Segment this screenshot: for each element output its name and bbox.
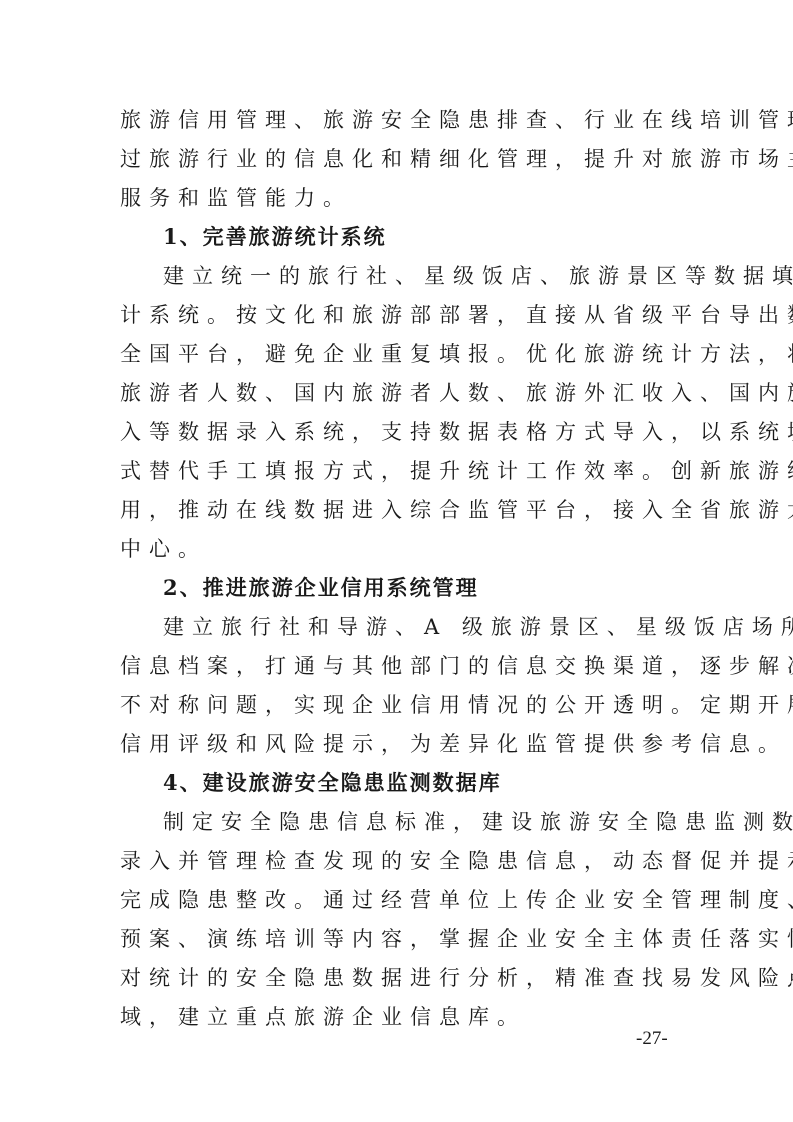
paragraph-line: 旅游信用管理、旅游安全隐患排查、行业在线培训管理。通 <box>120 105 680 135</box>
paragraph-line: 完成隐患整改。通过经营单位上传企业安全管理制度、应急 <box>120 885 680 915</box>
paragraph-line: 建立统一的旅行社、星级饭店、旅游景区等数据填报统 <box>163 261 723 291</box>
paragraph-line: 入等数据录入系统，支持数据表格方式导入，以系统填报方 <box>120 417 680 447</box>
paragraph-line: 旅游者人数、国内旅游者人数、旅游外汇收入、国内旅游收 <box>120 378 680 408</box>
paragraph-line: 用，推动在线数据进入综合监管平台，接入全省旅游大数据 <box>120 495 680 525</box>
paragraph-line: 建立旅行社和导游、A 级旅游景区、星级饭店场所信用 <box>163 612 723 642</box>
paragraph-line: 对统计的安全隐患数据进行分析，精准查找易发风险点和区 <box>120 963 680 993</box>
page-number: -27- <box>636 1026 668 1052</box>
paragraph-line: 制定安全隐患信息标准，建设旅游安全隐患监测数据库， <box>163 807 723 837</box>
section-heading-credit: 2、推进旅游企业信用系统管理 <box>163 573 723 603</box>
document-page: 旅游信用管理、旅游安全隐患排查、行业在线培训管理。通 过旅游行业的信息化和精细化… <box>0 0 793 1122</box>
paragraph-line: 预案、演练培训等内容，掌握企业安全主体责任落实情况。 <box>120 924 680 954</box>
paragraph-line: 不对称问题，实现企业信用情况的公开透明。定期开展企业 <box>120 690 680 720</box>
paragraph-line: 录入并管理检查发现的安全隐患信息，动态督促并提示企业 <box>120 846 680 876</box>
paragraph-line: 服务和监管能力。 <box>120 183 680 213</box>
paragraph-line: 信用评级和风险提示，为差异化监管提供参考信息。 <box>120 729 680 759</box>
paragraph-line: 域，建立重点旅游企业信息库。 <box>120 1002 680 1032</box>
paragraph-line: 信息档案，打通与其他部门的信息交换渠道，逐步解决信息 <box>120 651 680 681</box>
section-heading-statistics: 1、完善旅游统计系统 <box>163 222 723 252</box>
paragraph-line: 中心。 <box>120 534 680 564</box>
paragraph-line: 计系统。按文化和旅游部部署，直接从省级平台导出数据至 <box>120 300 680 330</box>
paragraph-line: 过旅游行业的信息化和精细化管理，提升对旅游市场主体的 <box>120 144 680 174</box>
paragraph-line: 全国平台，避免企业重复填报。优化旅游统计方法，将入境 <box>120 339 680 369</box>
paragraph-line: 式替代手工填报方式，提升统计工作效率。创新旅游统计应 <box>120 456 680 486</box>
section-heading-safety: 4、建设旅游安全隐患监测数据库 <box>163 768 723 798</box>
